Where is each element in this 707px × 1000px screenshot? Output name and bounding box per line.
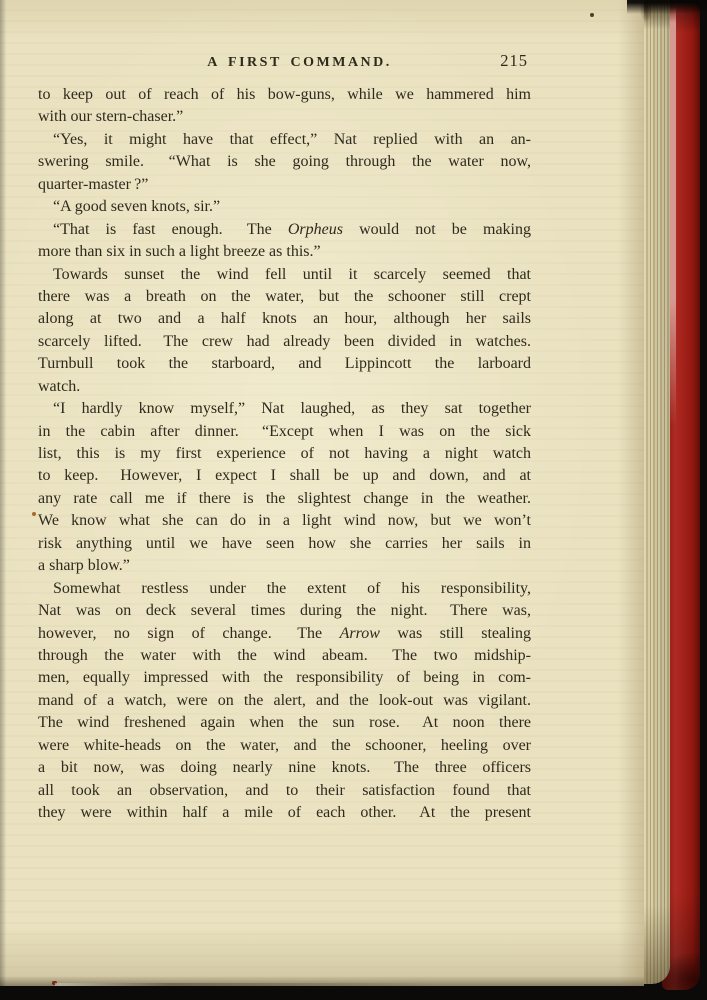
text-block: to keep out of reach of his bow-guns, wh… bbox=[38, 84, 531, 824]
text-line: there was a breath on the water, but the… bbox=[38, 286, 531, 308]
text-line: Somewhat restless under the extent of hi… bbox=[38, 578, 531, 600]
page-header: A FIRST COMMAND. 215 bbox=[38, 53, 531, 75]
page-number: 215 bbox=[500, 53, 528, 70]
page-bottom-edge bbox=[55, 983, 435, 986]
text-line: were white-heads on the water, and the s… bbox=[38, 735, 531, 757]
ink-speck bbox=[590, 13, 594, 17]
text-line: “I hardly know myself,” Nat laughed, as … bbox=[38, 398, 531, 420]
text-line: The wind freshened again when the sun ro… bbox=[38, 712, 531, 734]
text-line: men, equally impressed with the responsi… bbox=[38, 667, 531, 689]
text-line: in the cabin after dinner. “Except when … bbox=[38, 421, 531, 443]
text-line: a bit now, was doing nearly nine knots. … bbox=[38, 757, 531, 779]
text-line: Turnbull took the starboard, and Lippinc… bbox=[38, 353, 531, 375]
text-line: along at two and a half knots an hour, a… bbox=[38, 308, 531, 330]
running-title: A FIRST COMMAND. bbox=[53, 56, 546, 70]
text-line: “Yes, it might have that effect,” Nat re… bbox=[38, 129, 531, 151]
text-line: mand of a watch, were on the alert, and … bbox=[38, 690, 531, 712]
scan-shadow bbox=[627, 0, 707, 14]
text-line: a sharp blow.” bbox=[38, 555, 531, 577]
text-line: “That is fast enough. The Orpheus would … bbox=[38, 219, 531, 241]
text-line: to keep out of reach of his bow-guns, wh… bbox=[38, 84, 531, 106]
text-line: they were within half a mile of each oth… bbox=[38, 802, 531, 824]
text-line: quarter-master ?” bbox=[38, 174, 531, 196]
text-line: We know what she can do in a light wind … bbox=[38, 510, 531, 532]
text-line: watch. bbox=[38, 376, 531, 398]
text-line: Towards sunset the wind fell until it sc… bbox=[38, 264, 531, 286]
text-line: risk anything until we have seen how she… bbox=[38, 533, 531, 555]
text-line: with our stern-chaser.” bbox=[38, 106, 531, 128]
text-line: list, this is my first experience of not… bbox=[38, 443, 531, 465]
text-line: all took an observation, and to their sa… bbox=[38, 780, 531, 802]
text-line: to keep. However, I expect I shall be up… bbox=[38, 465, 531, 487]
text-line: more than six in such a light breeze as … bbox=[38, 241, 531, 263]
text-line: “A good seven knots, sir.” bbox=[38, 196, 531, 218]
ink-speck bbox=[32, 512, 36, 516]
text-line: however, no sign of change. The Arrow wa… bbox=[38, 623, 531, 645]
book-page: A FIRST COMMAND. 215 to keep out of reac… bbox=[0, 0, 644, 986]
text-line: through the water with the wind abeam. T… bbox=[38, 645, 531, 667]
text-line: Nat was on deck several times during the… bbox=[38, 600, 531, 622]
text-line: scarcely lifted. The crew had already be… bbox=[38, 331, 531, 353]
book-scan: A FIRST COMMAND. 215 to keep out of reac… bbox=[0, 0, 707, 1000]
text-line: any rate call me if there is the slighte… bbox=[38, 488, 531, 510]
text-line: swering smile. “What is she going throug… bbox=[38, 151, 531, 173]
